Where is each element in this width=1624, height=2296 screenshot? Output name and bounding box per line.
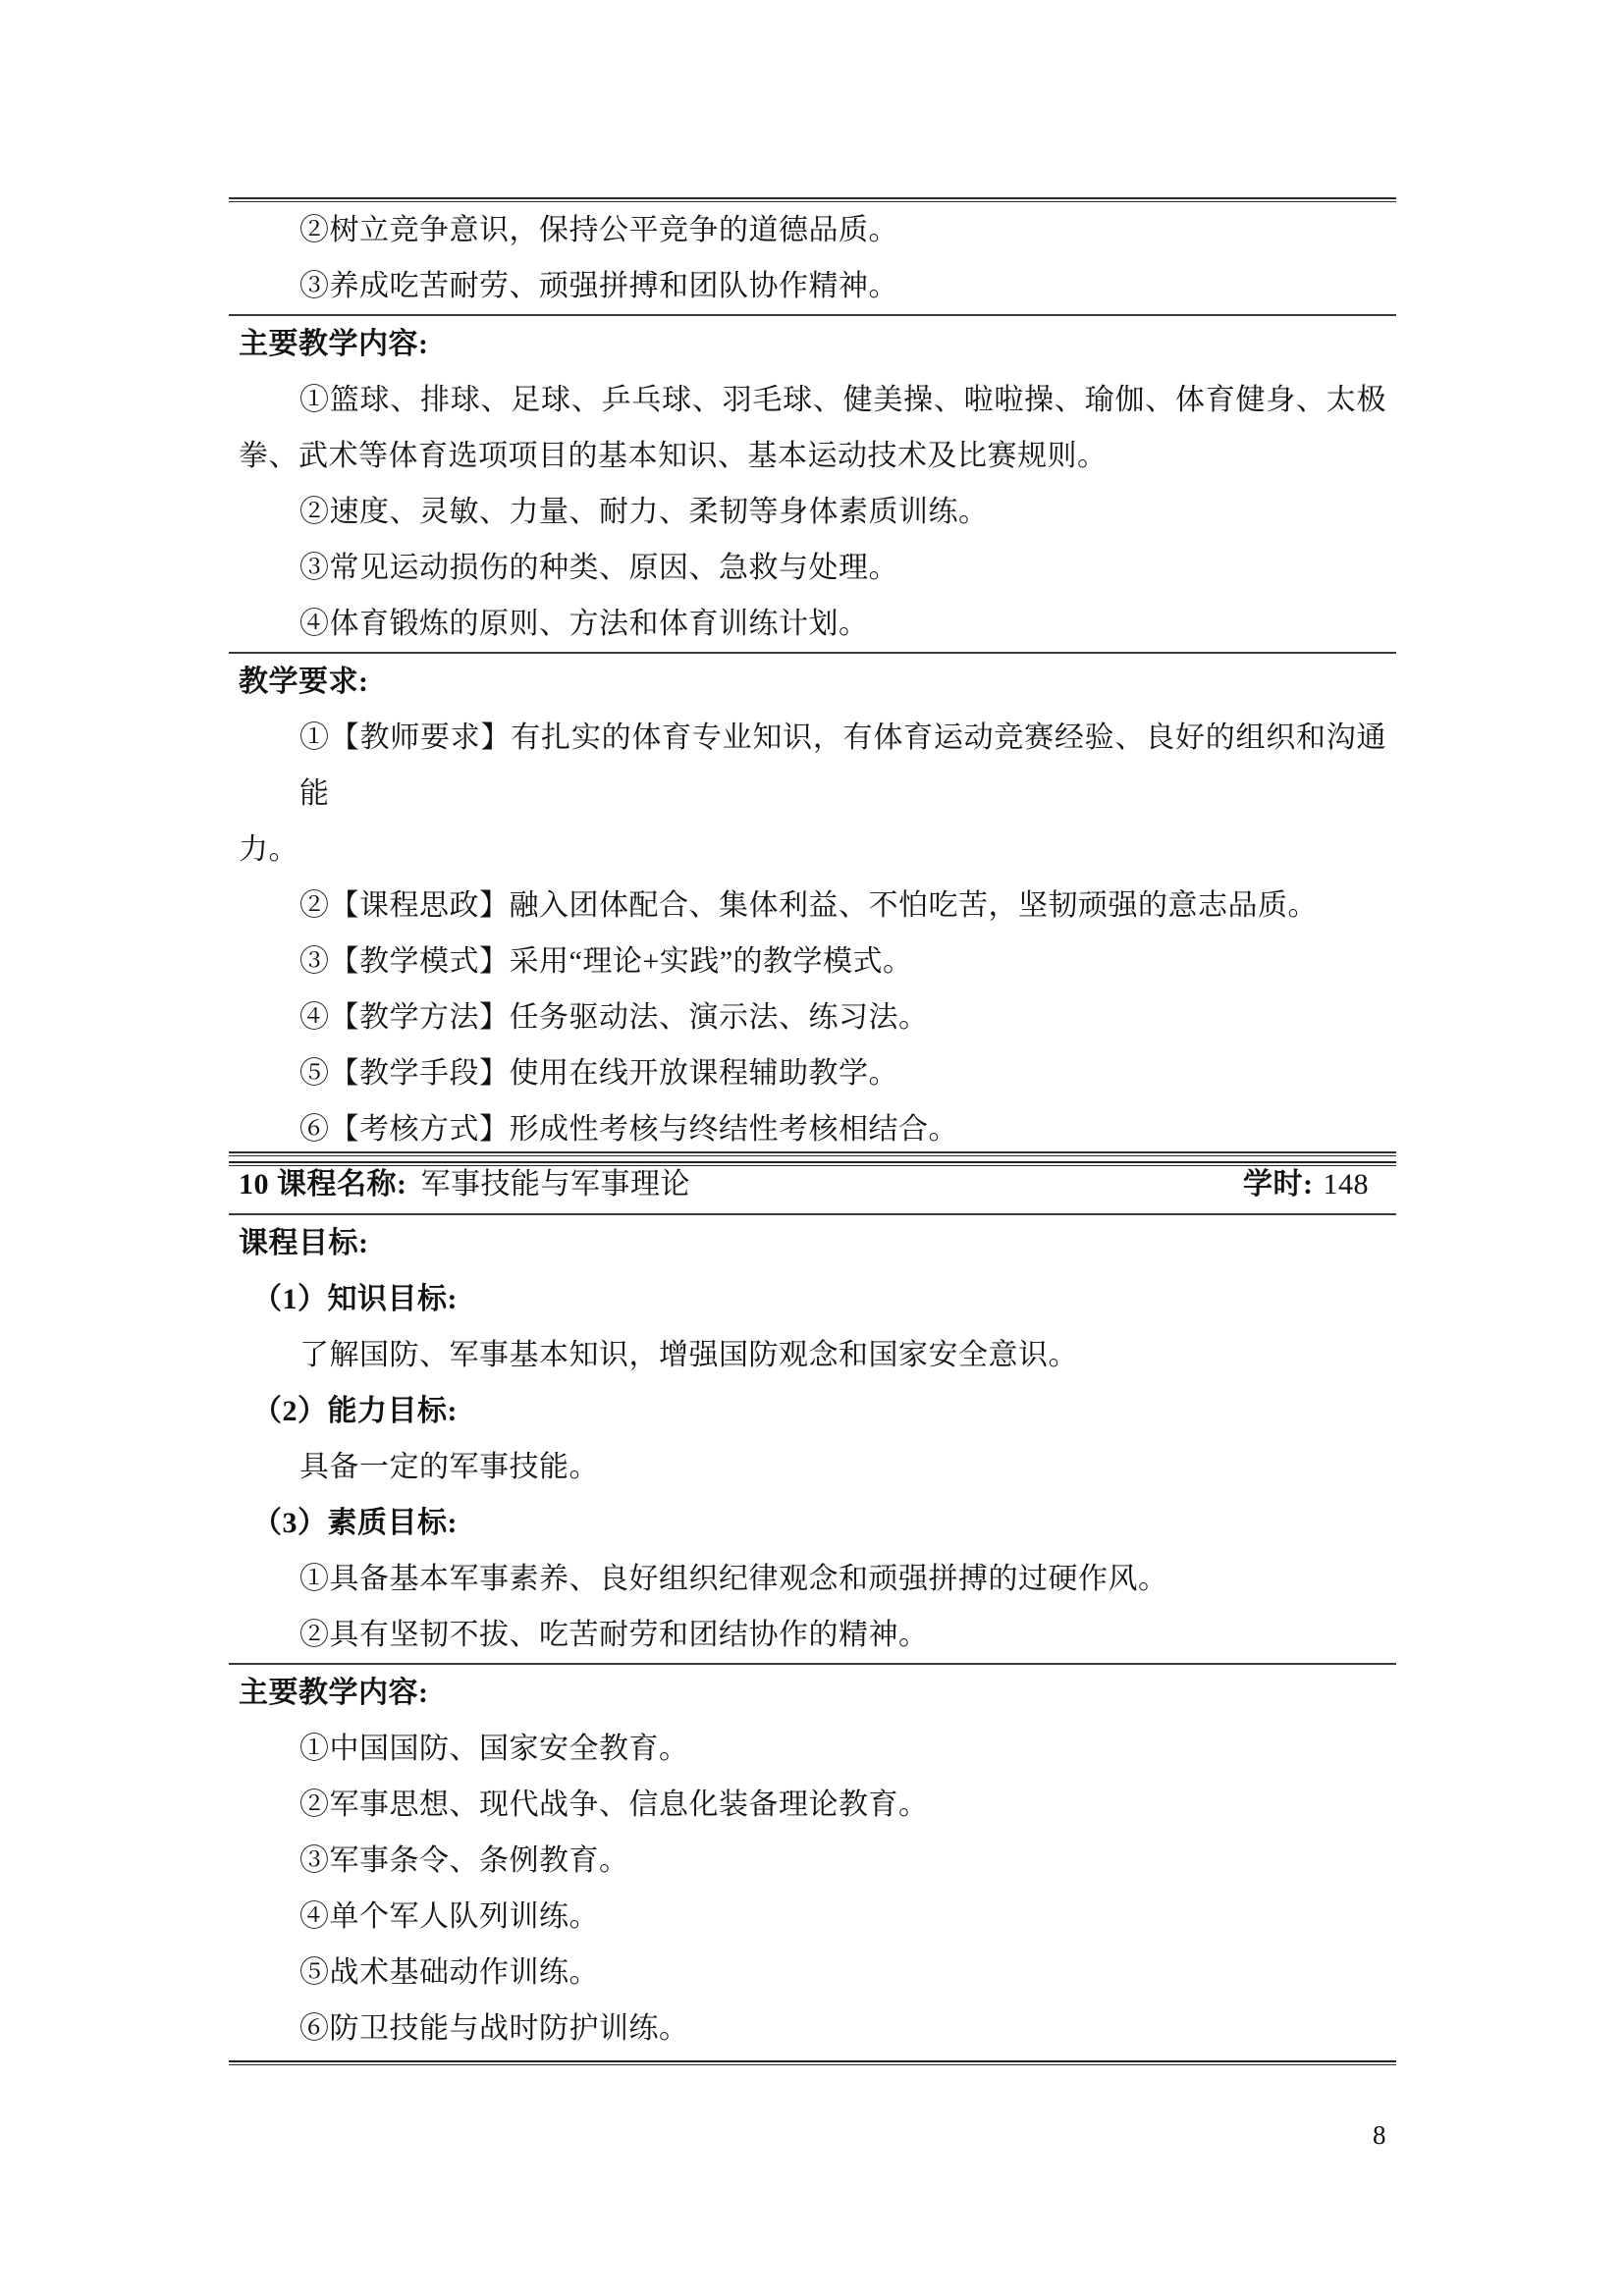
requirement-line-wrap: 力。 <box>239 822 1386 878</box>
section-heading-course-goals: 课程目标: <box>239 1215 1386 1271</box>
requirement-line: ②【课程思政】融入团体配合、集体利益、不怕吃苦，坚韧顽强的意志品质。 <box>239 878 1386 934</box>
course-table-9: ②树立竞争意识，保持公平竞争的道德品质。 ③养成吃苦耐劳、顽强拼搏和团队协作精神… <box>229 197 1396 1166</box>
requirement-line: ⑥【考核方式】形成性考核与终结性考核相结合。 <box>239 1101 1386 1157</box>
course-name-cell: 10 课程名称:军事技能与军事理论 <box>239 1156 690 1213</box>
document-page: ②树立竞争意识，保持公平竞争的道德品质。 ③养成吃苦耐劳、顽强拼搏和团队协作精神… <box>0 0 1624 2296</box>
content-line: ①中国国防、国家安全教育。 <box>239 1721 1386 1777</box>
goal-line: 具备一定的军事技能。 <box>239 1439 1386 1495</box>
requirement-line: ⑤【教学手段】使用在线开放课程辅助教学。 <box>239 1045 1386 1101</box>
table-row-course-goals: 课程目标: （1）知识目标: 了解国防、军事基本知识，增强国防观念和国家安全意识… <box>229 1215 1396 1663</box>
requirement-line: ①【教师要求】有扎实的体育专业知识，有体育运动竞赛经验、良好的组织和沟通能 <box>239 710 1386 822</box>
hours-value: 148 <box>1324 1168 1370 1201</box>
goal-line: ②具有坚韧不拔、吃苦耐劳和团结协作的精神。 <box>239 1607 1386 1663</box>
course-title-row: 10 课程名称:军事技能与军事理论 学时:148 <box>229 1156 1396 1213</box>
table-row-teaching-content: 主要教学内容: ①中国国防、国家安全教育。 ②军事思想、现代战争、信息化装备理论… <box>229 1665 1396 2060</box>
section-heading-teaching-content: 主要教学内容: <box>239 316 1386 372</box>
table-border-bottom <box>229 2060 1396 2065</box>
table-row-goals-continued: ②树立竞争意识，保持公平竞争的道德品质。 ③养成吃苦耐劳、顽强拼搏和团队协作精神… <box>229 202 1396 314</box>
goal-line: ③养成吃苦耐劳、顽强拼搏和团队协作精神。 <box>239 258 1386 314</box>
content-line: ④单个军人队列训练。 <box>239 1889 1386 1945</box>
section-heading-teaching-requirements: 教学要求: <box>239 654 1386 710</box>
table-row-teaching-requirements: 教学要求: ①【教师要求】有扎实的体育专业知识，有体育运动竞赛经验、良好的组织和… <box>229 654 1396 1161</box>
course-table-10: 10 课程名称:军事技能与军事理论 学时:148 课程目标: （1）知识目标: … <box>229 1151 1396 2065</box>
content-line: ③常见运动损伤的种类、原因、急救与处理。 <box>239 540 1386 596</box>
goal-heading-quality: （3）素质目标: <box>239 1495 1386 1551</box>
content-line: ③军事条令、条例教育。 <box>239 1833 1386 1889</box>
course-number-label: 10 课程名称: <box>239 1168 407 1201</box>
content-line: ⑥防卫技能与战时防护训练。 <box>239 2001 1386 2056</box>
content-line: ④体育锻炼的原则、方法和体育训练计划。 <box>239 596 1386 652</box>
requirement-line: ④【教学方法】任务驱动法、演示法、练习法。 <box>239 989 1386 1045</box>
goal-line: 了解国防、军事基本知识，增强国防观念和国家安全意识。 <box>239 1327 1386 1383</box>
goal-heading-ability: （2）能力目标: <box>239 1383 1386 1439</box>
content-line: ②军事思想、现代战争、信息化装备理论教育。 <box>239 1777 1386 1833</box>
course-title: 军事技能与军事理论 <box>421 1168 691 1201</box>
course-hours-cell: 学时:148 <box>1243 1156 1386 1213</box>
requirement-line: ③【教学模式】采用“理论+实践”的教学模式。 <box>239 934 1386 989</box>
table-row-teaching-content: 主要教学内容: ①篮球、排球、足球、乒乓球、羽毛球、健美操、啦啦操、瑜伽、体育健… <box>229 316 1396 652</box>
goal-line: ②树立竞争意识，保持公平竞争的道德品质。 <box>239 202 1386 258</box>
goal-line: ①具备基本军事素养、良好组织纪律观念和顽强拼搏的过硬作风。 <box>239 1551 1386 1607</box>
content-line: ①篮球、排球、足球、乒乓球、羽毛球、健美操、啦啦操、瑜伽、体育健身、太极 <box>239 372 1386 428</box>
content-line: ②速度、灵敏、力量、耐力、柔韧等身体素质训练。 <box>239 484 1386 540</box>
goal-heading-knowledge: （1）知识目标: <box>239 1271 1386 1327</box>
page-number: 8 <box>1373 2120 1386 2151</box>
content-line-wrap: 拳、武术等体育选项项目的基本知识、基本运动技术及比赛规则。 <box>239 428 1386 484</box>
content-line: ⑤战术基础动作训练。 <box>239 1945 1386 2001</box>
hours-label: 学时: <box>1243 1168 1314 1201</box>
section-heading-teaching-content: 主要教学内容: <box>239 1665 1386 1721</box>
